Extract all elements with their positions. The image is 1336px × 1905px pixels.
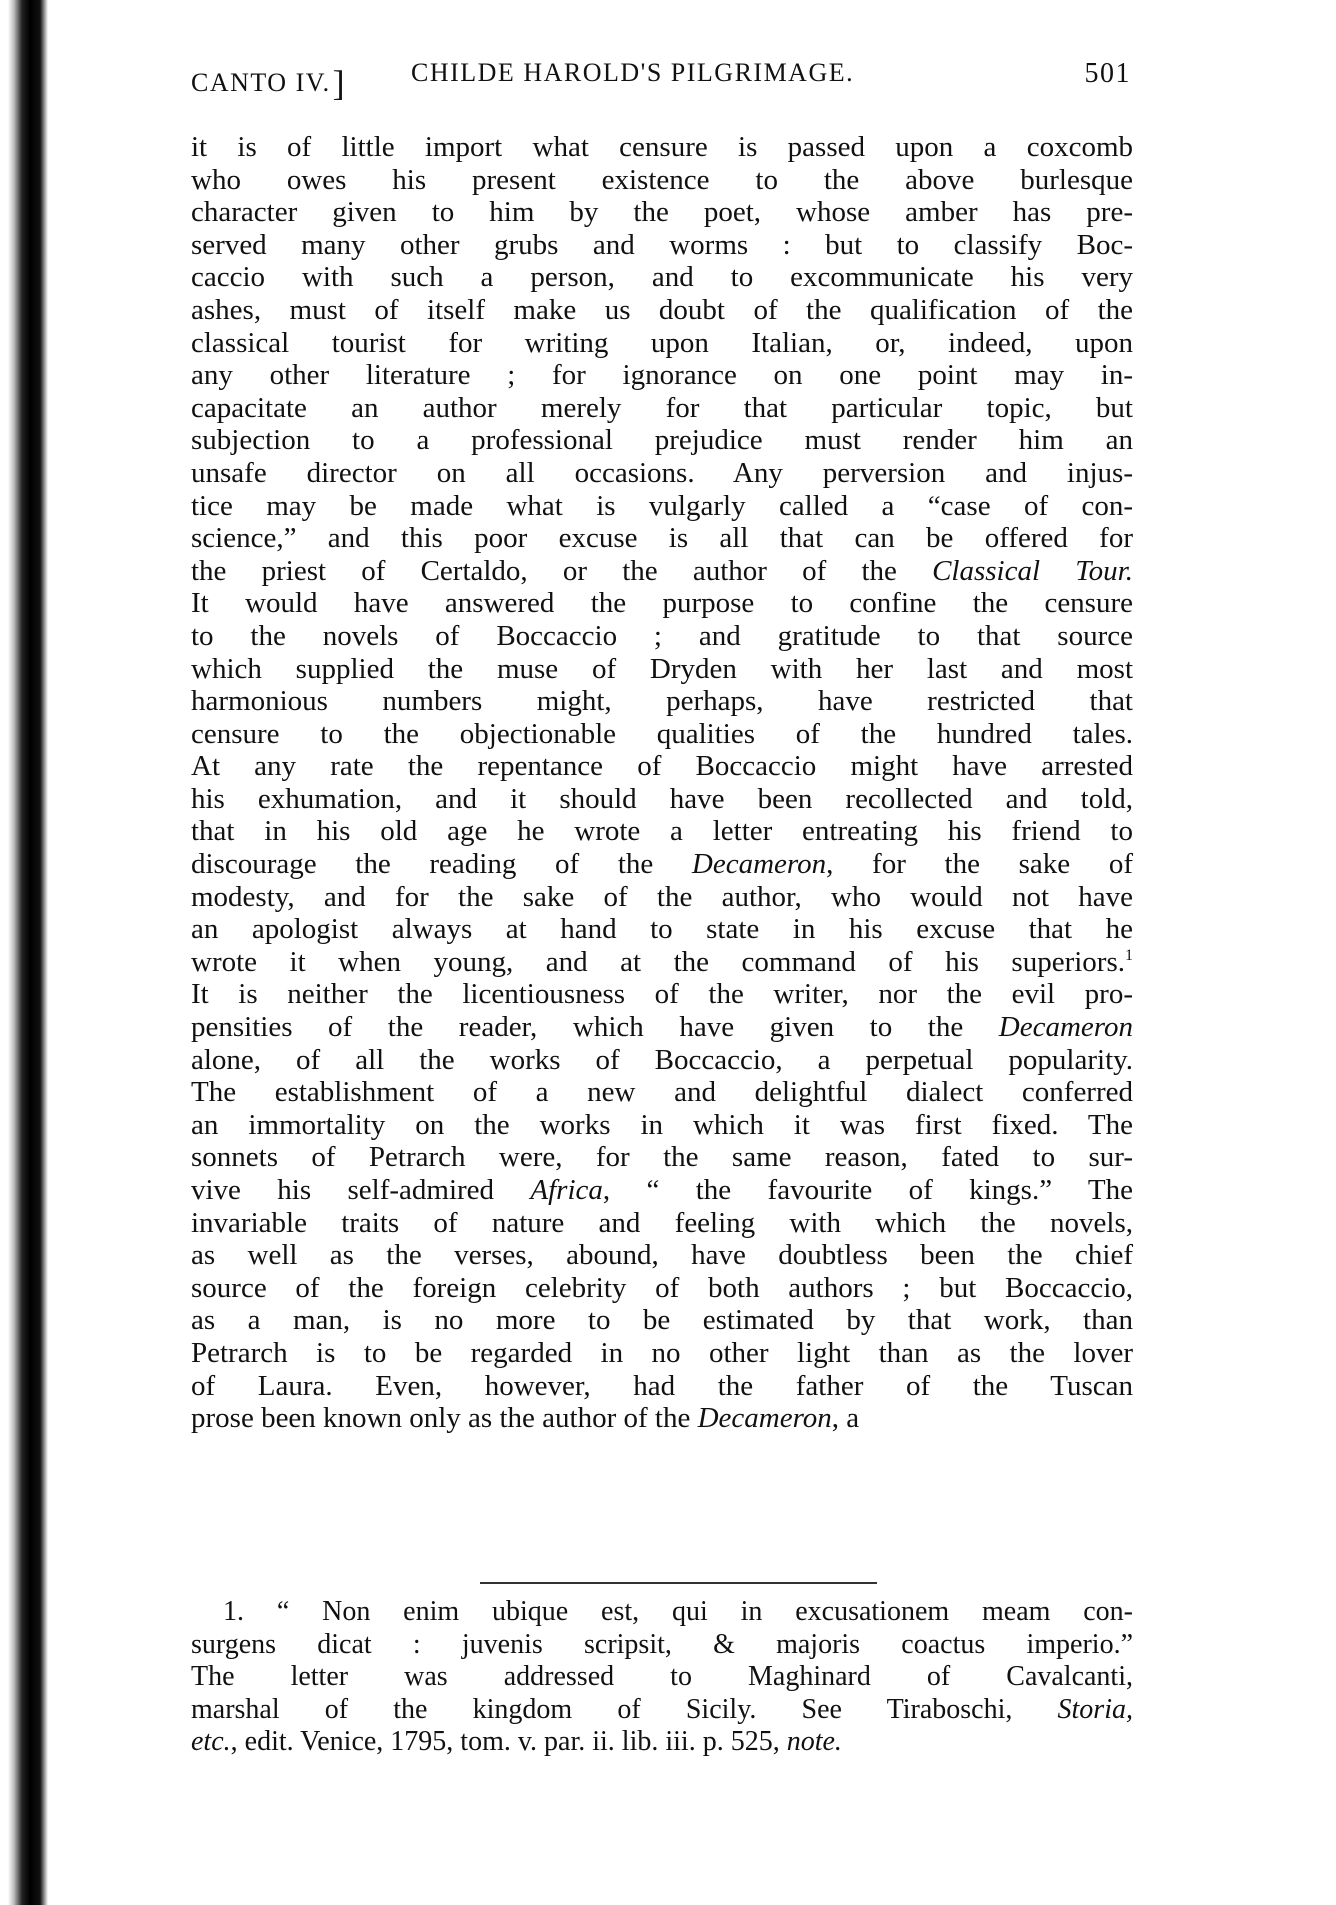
body-line: wrote it when young, and at the command … (191, 946, 1133, 979)
body-line: as a man, is no more to be estimated by … (191, 1304, 1133, 1337)
body-line: an apologist always at hand to state in … (191, 913, 1133, 946)
body-line: alone, of all the works of Boccaccio, a … (191, 1044, 1133, 1077)
body-line: It is neither the licentiousness of the … (191, 978, 1133, 1011)
body-line: caccio with such a person, and to excomm… (191, 261, 1133, 294)
body-line: censure to the objectionable qualities o… (191, 718, 1133, 751)
canto-label: CANTO IV.] (191, 58, 346, 100)
body-line: modesty, and for the sake of the author,… (191, 881, 1133, 914)
footnote-line: surgens dicat : juvenis scripsit, & majo… (191, 1629, 1133, 1662)
body-line: subjection to a professional prejudice m… (191, 424, 1133, 457)
body-line: ashes, must of itself make us doubt of t… (191, 294, 1133, 327)
body-line: harmonious numbers might, perhaps, have … (191, 685, 1133, 718)
body-line: any other literature ; for ignorance on … (191, 359, 1133, 392)
body-line: his exhumation, and it should have been … (191, 783, 1133, 816)
body-line: capacitate an author merely for that par… (191, 392, 1133, 425)
footnotes: 1. “ Non enim ubique est, qui in excusat… (191, 1596, 1133, 1759)
body-line: which supplied the muse of Dryden with h… (191, 653, 1133, 686)
body-line: It would have answered the purpose to co… (191, 587, 1133, 620)
body-line: an immortality on the works in which it … (191, 1109, 1133, 1142)
body-line: pensities of the reader, which have give… (191, 1011, 1133, 1044)
body-line: prose been known only as the author of t… (191, 1402, 1133, 1435)
footnote-number: 1. (223, 1596, 277, 1627)
body-line: of Laura. Even, however, had the father … (191, 1370, 1133, 1403)
body-text: it is of little import what censure is p… (191, 131, 1133, 1435)
body-line: classical tourist for writing upon Itali… (191, 327, 1133, 360)
body-line: science,” and this poor excuse is all th… (191, 522, 1133, 555)
body-line: the priest of Certaldo, or the author of… (191, 555, 1133, 588)
footnote-line: etc., edit. Venice, 1795, tom. v. par. i… (191, 1726, 1133, 1759)
body-line: to the novels of Boccaccio ; and gratitu… (191, 620, 1133, 653)
body-line: as well as the verses, abound, have doub… (191, 1239, 1133, 1272)
body-line: character given to him by the poet, whos… (191, 196, 1133, 229)
body-line: tice may be made what is vulgarly called… (191, 490, 1133, 523)
body-line: unsafe director on all occasions. Any pe… (191, 457, 1133, 490)
body-line: discourage the reading of the Decameron,… (191, 848, 1133, 881)
running-header: CANTO IV.] CHILDE HAROLD'S PILGRIMAGE. 5… (191, 58, 1133, 98)
book-title: CHILDE HAROLD'S PILGRIMAGE. (411, 58, 854, 88)
body-line: The establishment of a new and delightfu… (191, 1076, 1133, 1109)
body-line: sonnets of Petrarch were, for the same r… (191, 1141, 1133, 1174)
body-line: it is of little import what censure is p… (191, 131, 1133, 164)
body-line: Petrarch is to be regarded in no other l… (191, 1337, 1133, 1370)
body-line: vive his self-admired Africa, “ the favo… (191, 1174, 1133, 1207)
body-line: who owes his present existence to the ab… (191, 164, 1133, 197)
body-line: source of the foreign celebrity of both … (191, 1272, 1133, 1305)
footnote-marker: 1 (1125, 947, 1133, 964)
page-number: 501 (1085, 58, 1132, 90)
footnote-line: 1. “ Non enim ubique est, qui in excusat… (191, 1596, 1133, 1629)
footnote-line: The letter was addressed to Maghinard of… (191, 1661, 1133, 1694)
body-line: At any rate the repentance of Boccaccio … (191, 750, 1133, 783)
footnote-rule (480, 1582, 877, 1584)
footnote-line: marshal of the kingdom of Sicily. See Ti… (191, 1694, 1133, 1727)
book-binding-edge (8, 0, 48, 1905)
body-line: invariable traits of nature and feeling … (191, 1207, 1133, 1240)
body-line: served many other grubs and worms : but … (191, 229, 1133, 262)
body-line: that in his old age he wrote a letter en… (191, 815, 1133, 848)
